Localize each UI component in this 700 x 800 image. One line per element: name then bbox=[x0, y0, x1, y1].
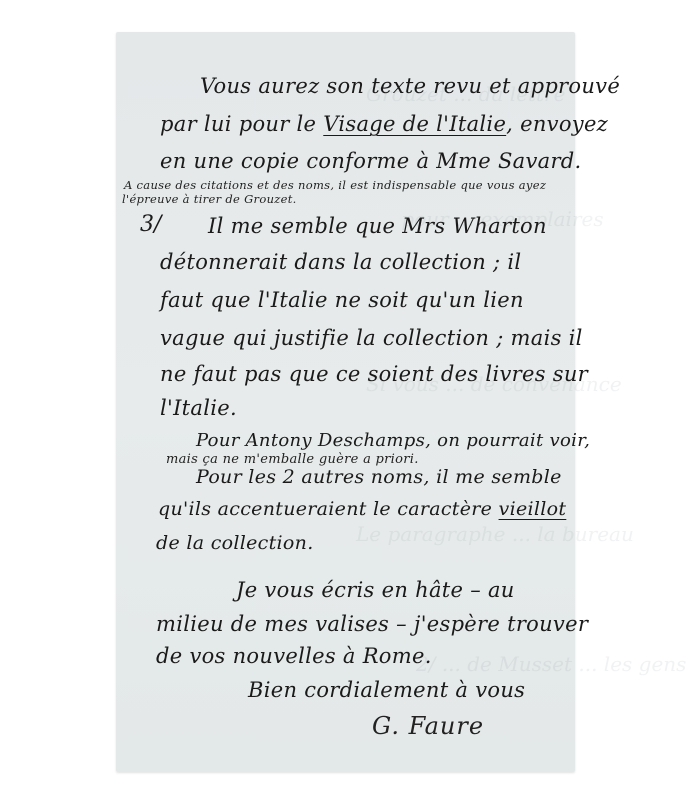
letter-line: milieu de mes valises – j'espère trouver bbox=[156, 612, 588, 636]
letter-line: Pour les 2 autres noms, il me semble bbox=[196, 466, 562, 488]
letter-line: l'Italie. bbox=[160, 396, 237, 420]
letter-line: détonnerait dans la collection ; il bbox=[160, 250, 521, 274]
letter-line: qu'ils accentueraient le caractère vieil… bbox=[158, 498, 566, 520]
letter-line: Il me semble que Mrs Wharton bbox=[208, 214, 547, 238]
letter-line: Je vous écris en hâte – au bbox=[236, 578, 515, 602]
letter-line-text: par lui pour le bbox=[160, 112, 323, 136]
show-through-text: Le paragraphe ... la bureau bbox=[356, 522, 634, 546]
letter-line: en une copie conforme à Mme Savard. bbox=[160, 149, 582, 173]
letter-line: par lui pour le Visage de l'Italie, envo… bbox=[160, 112, 608, 136]
item-number: 3/ bbox=[140, 212, 161, 237]
letter-line: Pour Antony Deschamps, on pourrait voir, bbox=[196, 430, 590, 451]
letter-line: faut que l'Italie ne soit qu'un lien bbox=[160, 288, 524, 312]
letter-line: ne faut pas que ce soient des livres sur bbox=[160, 362, 588, 386]
underlined-title: Visage de l'Italie bbox=[323, 112, 506, 136]
letter-line: de la collection. bbox=[156, 532, 314, 554]
letter-paper: Grouzet ... da lettre ... pour ... exemp… bbox=[116, 32, 575, 772]
letter-line: Vous aurez son texte revu et approuvé bbox=[200, 74, 620, 98]
signature: G. Faure bbox=[372, 712, 484, 740]
underlined-word: vieillot bbox=[499, 498, 567, 520]
show-through-text: 2/ ... de Musset ... les gens bbox=[416, 652, 686, 676]
letter-line: de vos nouvelles à Rome. bbox=[156, 644, 432, 668]
closing-line: Bien cordialement à vous bbox=[248, 678, 525, 702]
letter-line-text: , envoyez bbox=[506, 112, 608, 136]
letter-note-line: l'épreuve à tirer de Grouzet. bbox=[122, 192, 297, 206]
letter-line-text: qu'ils accentueraient le caractère bbox=[158, 498, 499, 520]
letter-line: mais ça ne m'emballe guère a priori. bbox=[166, 452, 419, 467]
letter-line: vague qui justifie la collection ; mais … bbox=[160, 326, 583, 350]
letter-note-line: A cause des citations et des noms, il es… bbox=[124, 178, 546, 192]
